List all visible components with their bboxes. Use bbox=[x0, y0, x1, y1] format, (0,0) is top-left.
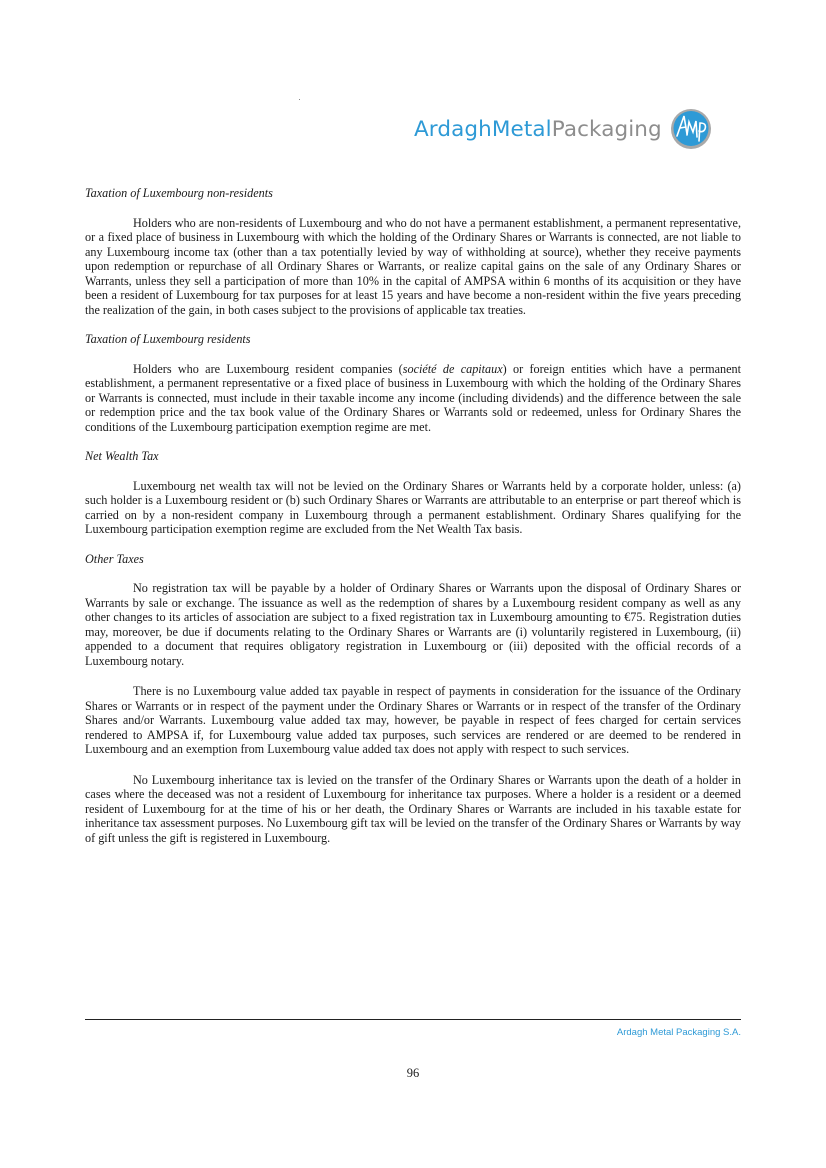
paragraph-value-added-tax: There is no Luxembourg value added tax p… bbox=[85, 684, 741, 757]
paragraph-non-residents: Holders who are non-residents of Luxembo… bbox=[85, 216, 741, 318]
paragraph-net-wealth-tax: Luxembourg net wealth tax will not be le… bbox=[85, 479, 741, 537]
paragraph-inheritance-gift-tax: No Luxembourg inheritance tax is levied … bbox=[85, 773, 741, 846]
section-heading-non-residents: Taxation of Luxembourg non-residents bbox=[85, 186, 741, 201]
logo-word-packaging: Packaging bbox=[552, 117, 662, 142]
company-logo: ArdaghMetalPackaging bbox=[414, 104, 712, 154]
page-number: 96 bbox=[0, 1066, 826, 1081]
section-heading-other-taxes: Other Taxes bbox=[85, 552, 741, 567]
footer-divider bbox=[85, 1019, 741, 1020]
paragraph-registration-tax: No registration tax will be payable by a… bbox=[85, 581, 741, 668]
logo-wordmark: ArdaghMetalPackaging bbox=[414, 117, 662, 142]
logo-word-ardagh: Ardagh bbox=[414, 117, 492, 142]
italic-term: société de capitaux bbox=[403, 362, 503, 376]
stray-mark bbox=[299, 99, 300, 100]
section-heading-net-wealth-tax: Net Wealth Tax bbox=[85, 449, 741, 464]
logo-word-metal: Metal bbox=[492, 117, 552, 142]
paragraph-residents: Holders who are Luxembourg resident comp… bbox=[85, 362, 741, 435]
amp-logo-icon bbox=[670, 108, 712, 150]
paragraph-text: Holders who are Luxembourg resident comp… bbox=[133, 362, 403, 376]
document-body: Taxation of Luxembourg non-residents Hol… bbox=[85, 186, 741, 860]
section-heading-residents: Taxation of Luxembourg residents bbox=[85, 332, 741, 347]
document-page: ArdaghMetalPackaging Taxation of Luxembo… bbox=[0, 0, 826, 1168]
footer-company-name: Ardagh Metal Packaging S.A. bbox=[617, 1027, 741, 1038]
